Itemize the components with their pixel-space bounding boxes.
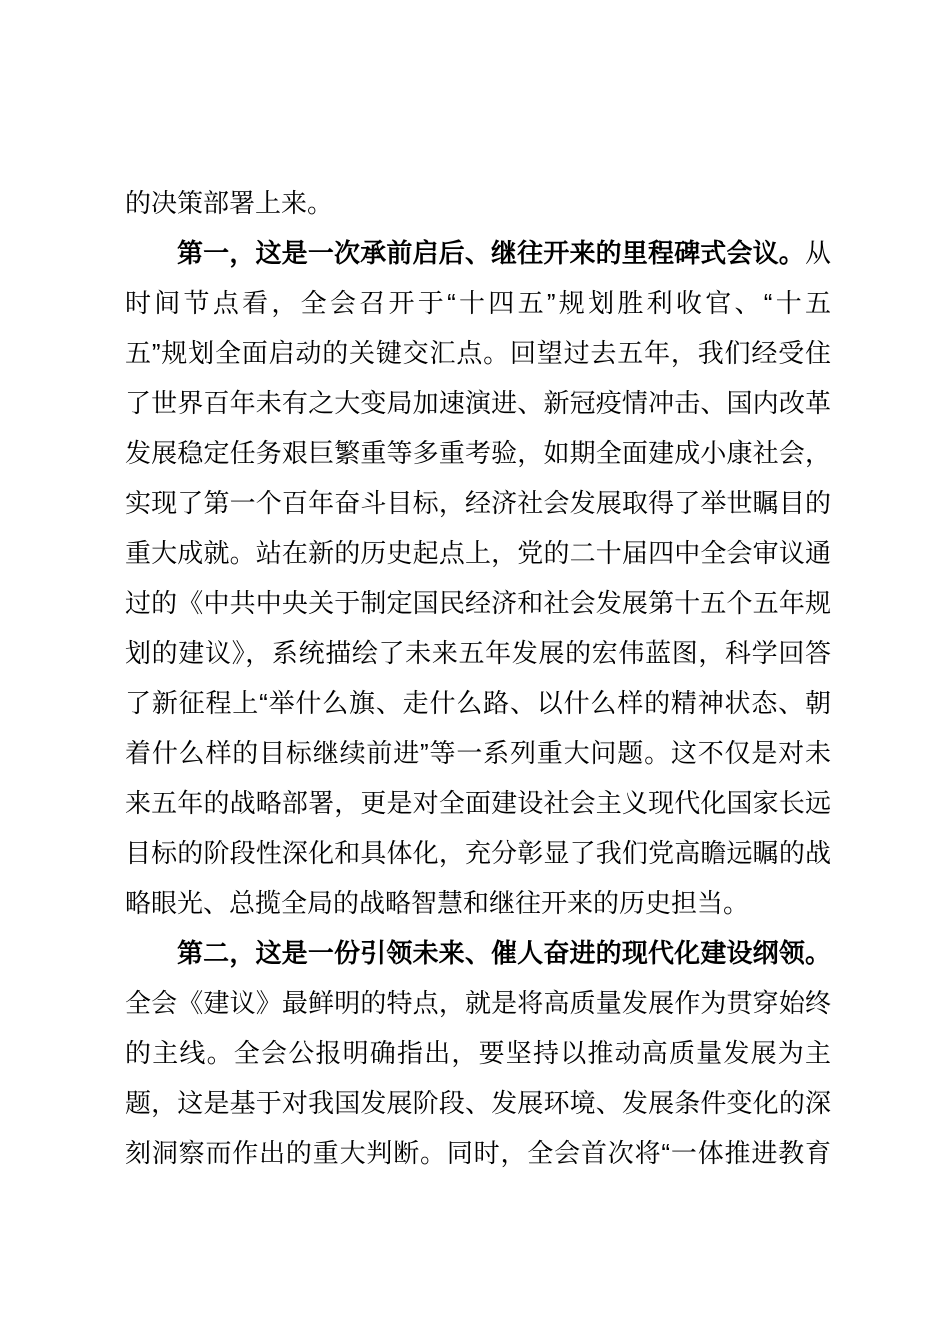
text-segment: 了新征程上“举什么旗、走什么路、以什么样的精神状态、朝 — [125, 688, 831, 718]
text-line: 重大成就。站在新的历史起点上，党的二十届四中全会审议通 — [125, 528, 831, 578]
text-segment: 从 — [805, 238, 831, 268]
text-line: 了新征程上“举什么旗、走什么路、以什么样的精神状态、朝 — [125, 678, 831, 728]
document-text-block: 的决策部署上来。第一，这是一次承前启后、继往开来的里程碑式会议。从时间节点看，全… — [125, 178, 831, 1178]
text-segment: 的主线。全会公报明确指出，要坚持以推动高质量发展为主 — [125, 1038, 831, 1068]
text-line: 五”规划全面启动的关键交汇点。回望过去五年，我们经受住 — [125, 328, 831, 378]
text-line: 时间节点看，全会召开于“十四五”规划胜利收官、“十五 — [125, 278, 831, 328]
text-line: 实现了第一个百年奋斗目标，经济社会发展取得了举世瞩目的 — [125, 478, 831, 528]
text-segment: 过的《中共中央关于制定国民经济和社会发展第十五个五年规 — [125, 588, 831, 618]
text-line: 了世界百年未有之大变局加速演进、新冠疫情冲击、国内改革 — [125, 378, 831, 428]
text-segment: 划的建议》，系统描绘了未来五年发展的宏伟蓝图，科学回答 — [125, 638, 831, 668]
text-segment: 了世界百年未有之大变局加速演进、新冠疫情冲击、国内改革 — [125, 388, 831, 418]
text-segment: 略眼光、总揽全局的战略智慧和继往开来的历史担当。 — [125, 888, 749, 918]
text-line: 题，这是基于对我国发展阶段、发展环境、发展条件变化的深 — [125, 1078, 831, 1128]
text-line: 的决策部署上来。 — [125, 178, 831, 228]
text-line: 第一，这是一次承前启后、继往开来的里程碑式会议。从 — [125, 228, 831, 278]
text-line: 过的《中共中央关于制定国民经济和社会发展第十五个五年规 — [125, 578, 831, 628]
text-line: 略眼光、总揽全局的战略智慧和继往开来的历史担当。 — [125, 878, 831, 928]
document-page: 的决策部署上来。第一，这是一次承前启后、继往开来的里程碑式会议。从时间节点看，全… — [0, 0, 950, 1344]
bold-text-segment: 第二，这是一份引领未来、催人奋进的现代化建设纲领。 — [177, 938, 831, 968]
text-segment: 重大成就。站在新的历史起点上，党的二十届四中全会审议通 — [125, 538, 831, 568]
text-segment: 目标的阶段性深化和具体化，充分彰显了我们党高瞻远瞩的战 — [125, 838, 831, 868]
text-line: 着什么样的目标继续前进”等一系列重大问题。这不仅是对未 — [125, 728, 831, 778]
text-line: 全会《建议》最鲜明的特点，就是将高质量发展作为贯穿始终 — [125, 978, 831, 1028]
bold-text-segment: 第一，这是一次承前启后、继往开来的里程碑式会议。 — [177, 238, 805, 268]
text-segment: 五”规划全面启动的关键交汇点。回望过去五年，我们经受住 — [125, 338, 831, 368]
text-line: 刻洞察而作出的重大判断。同时，全会首次将“一体推进教育 — [125, 1128, 831, 1178]
text-segment: 的决策部署上来。 — [125, 188, 333, 218]
text-line: 发展稳定任务艰巨繁重等多重考验，如期全面建成小康社会， — [125, 428, 831, 478]
text-segment: 时间节点看，全会召开于“十四五”规划胜利收官、“十五 — [125, 288, 831, 318]
text-line: 的主线。全会公报明确指出，要坚持以推动高质量发展为主 — [125, 1028, 831, 1078]
text-segment: 全会《建议》最鲜明的特点，就是将高质量发展作为贯穿始终 — [125, 988, 831, 1018]
text-line: 划的建议》，系统描绘了未来五年发展的宏伟蓝图，科学回答 — [125, 628, 831, 678]
text-segment: 刻洞察而作出的重大判断。同时，全会首次将“一体推进教育 — [125, 1138, 831, 1168]
text-segment: 实现了第一个百年奋斗目标，经济社会发展取得了举世瞩目的 — [125, 488, 831, 518]
text-line: 目标的阶段性深化和具体化，充分彰显了我们党高瞻远瞩的战 — [125, 828, 831, 878]
text-line: 第二，这是一份引领未来、催人奋进的现代化建设纲领。 — [125, 928, 831, 978]
text-segment: 来五年的战略部署，更是对全面建设社会主义现代化国家长远 — [125, 788, 831, 818]
text-segment: 题，这是基于对我国发展阶段、发展环境、发展条件变化的深 — [125, 1088, 831, 1118]
text-line: 来五年的战略部署，更是对全面建设社会主义现代化国家长远 — [125, 778, 831, 828]
text-segment: 发展稳定任务艰巨繁重等多重考验，如期全面建成小康社会， — [125, 438, 831, 468]
text-segment: 着什么样的目标继续前进”等一系列重大问题。这不仅是对未 — [125, 738, 831, 768]
